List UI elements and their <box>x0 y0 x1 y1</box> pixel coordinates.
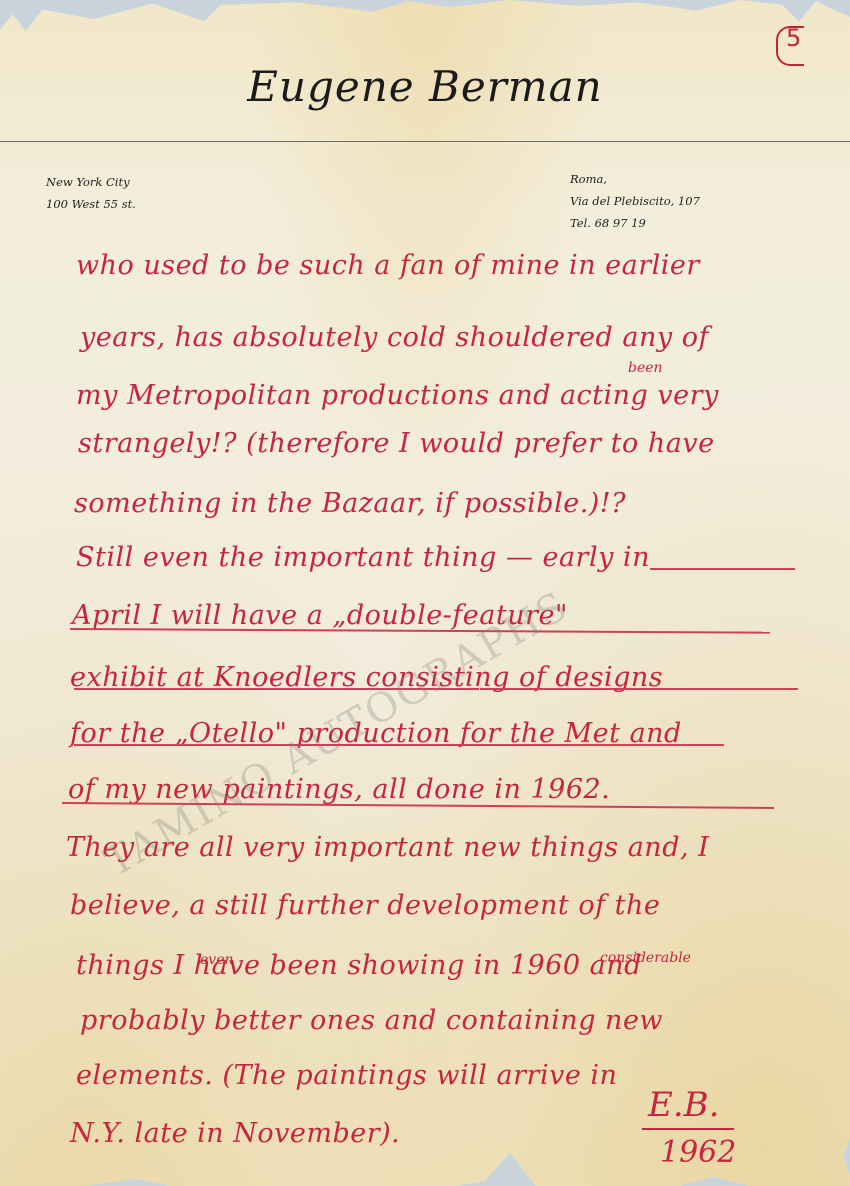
page-number: 5 <box>786 16 801 60</box>
interlinear-insertion: considerable <box>600 950 691 966</box>
signature-initials: E.B. <box>648 1085 719 1125</box>
signature-year: 1962 <box>660 1135 736 1170</box>
signature-rule <box>642 1128 734 1130</box>
address-line: Tel. 68 97 19 <box>570 212 700 234</box>
body-line: N.Y. late in November). <box>70 1118 400 1149</box>
letter-page: 5 Eugene Berman New York City 100 West 5… <box>0 0 850 1186</box>
letterhead-rule <box>0 141 850 142</box>
body-line: years, has absolutely cold shouldered an… <box>80 322 709 353</box>
underline-stroke <box>650 568 795 570</box>
interlinear-insertion: been <box>628 360 663 376</box>
body-line: of my new paintings, all done in 1962. <box>68 774 610 805</box>
address-line: Roma, <box>570 168 700 190</box>
body-line: things I have been showing in 1960 and <box>76 950 642 981</box>
body-line: who used to be such a fan of mine in ear… <box>76 250 700 281</box>
address-line: 100 West 55 st. <box>46 193 136 215</box>
body-line: strangely!? (therefore I would prefer to… <box>78 428 715 459</box>
page-number-annotation: 5 <box>776 22 812 66</box>
body-line: something in the Bazaar, if possible.)!? <box>74 488 626 519</box>
interlinear-insertion: even <box>200 952 234 968</box>
address-line: Via del Plebiscito, 107 <box>570 190 700 212</box>
address-line: New York City <box>46 171 136 193</box>
new-york-address: New York City 100 West 55 st. <box>46 171 136 215</box>
underline-stroke <box>74 744 724 746</box>
body-line: my Metropolitan productions and acting v… <box>76 380 719 411</box>
body-line: Still even the important thing — early i… <box>76 542 650 573</box>
letterhead-name: Eugene Berman <box>0 62 850 111</box>
underline-stroke <box>480 688 798 690</box>
body-line: probably better ones and containing new <box>80 1005 663 1036</box>
rome-address: Roma, Via del Plebiscito, 107 Tel. 68 97… <box>570 168 700 234</box>
body-line: believe, a still further development of … <box>70 890 660 921</box>
body-line: elements. (The paintings will arrive in <box>76 1060 617 1091</box>
